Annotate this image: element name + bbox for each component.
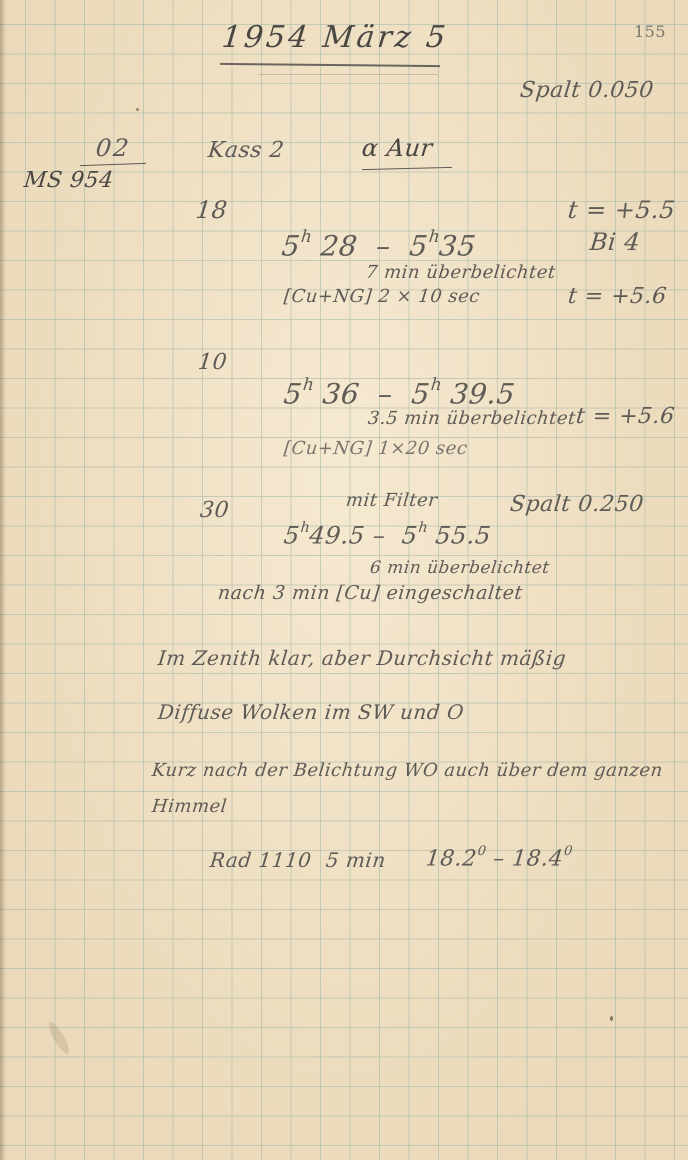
exposure-id: 10: [197, 350, 229, 375]
remark-line: Diffuse Wolken im SW und O: [157, 700, 466, 724]
note-right: Bi 4: [589, 228, 642, 256]
page-number: 155: [634, 22, 666, 41]
remark-line: Himmel: [151, 796, 228, 817]
exposure-id: 18: [195, 196, 229, 224]
notebook-page: 155 1954 März 5 Spalt 0.050 02 MS 954 Ka…: [0, 0, 688, 1160]
hour-marker: h: [430, 374, 443, 394]
exposure-time-range: 5h 36 – 5h 39.5: [282, 374, 517, 410]
time-start-hour: 5: [282, 377, 304, 410]
after-note: nach 3 min [Cu] eingeschaltet: [217, 582, 524, 604]
exposure-duration: 3.5 min überbelichtet: [367, 408, 577, 429]
object-underline: [362, 167, 452, 170]
range-end: 18.4: [511, 847, 565, 872]
kassette-label: Kass 2: [207, 138, 286, 163]
rad-range: 18.20 – 18.40: [425, 844, 574, 872]
time-end-minute: 35: [438, 229, 478, 262]
hour-marker: h: [302, 374, 315, 394]
temperature-reading-2: t = +5.6: [567, 284, 668, 309]
object-label: α Aur: [361, 134, 435, 162]
time-end-minute: 55.5: [434, 522, 492, 550]
comparison-spectrum: [Cu+NG] 2 × 10 sec: [283, 286, 481, 307]
range-start: 18.2: [425, 847, 479, 872]
exposure-time-range: 5h 28 – 5h35: [280, 226, 478, 262]
page-title-date: 1954 März 5: [220, 20, 450, 55]
title-underline: [220, 63, 440, 67]
rad-duration: 5 min: [325, 848, 387, 872]
time-end-hour: 5: [400, 522, 419, 550]
exposure-duration: 7 min überbelichtet: [365, 262, 557, 283]
exposure-id: 30: [199, 498, 231, 523]
hour-marker: h: [418, 520, 429, 536]
plate-denominator: MS 954: [23, 168, 115, 193]
plate-fraction-line: [80, 163, 146, 166]
degree-marker: 0: [477, 844, 487, 859]
filter-note: mit Filter: [345, 490, 438, 511]
spalt-setting: Spalt 0.050: [519, 78, 655, 103]
comparison-spectrum: [Cu+NG] 1×20 sec: [283, 438, 469, 459]
paper-speck: [136, 108, 139, 111]
time-end-hour: 5: [410, 377, 432, 410]
remark-line: Kurz nach der Belichtung WO auch über de…: [151, 760, 664, 781]
time-end-minute: 39.5: [449, 377, 517, 410]
time-end-hour: 5: [408, 229, 430, 262]
time-start-hour: 5: [280, 229, 302, 262]
plate-numerator: 02: [95, 134, 132, 162]
time-start-hour: 5: [282, 522, 301, 550]
temperature-reading: t = +5.5: [567, 196, 677, 224]
paper-stain: [46, 1020, 73, 1056]
spalt-setting: Spalt 0.250: [509, 492, 645, 517]
time-start-minute: 36: [321, 377, 361, 410]
rad-label: Rad 1110: [209, 848, 313, 872]
remark-line: Im Zenith klar, aber Durchsicht mäßig: [157, 646, 568, 670]
title-underline-faint: [258, 74, 438, 75]
hour-marker: h: [300, 226, 313, 246]
exposure-time-range: 5h49.5 – 5h 55.5: [282, 520, 492, 550]
degree-marker: 0: [563, 844, 573, 859]
exposure-duration: 6 min überbelichtet: [369, 558, 551, 578]
binding-edge: [0, 0, 6, 1160]
paper-speck: [610, 1016, 613, 1021]
time-start-minute: 28: [319, 229, 359, 262]
time-start-minute: 49.5: [308, 522, 366, 550]
temperature-reading: t = +5.6: [575, 404, 676, 429]
